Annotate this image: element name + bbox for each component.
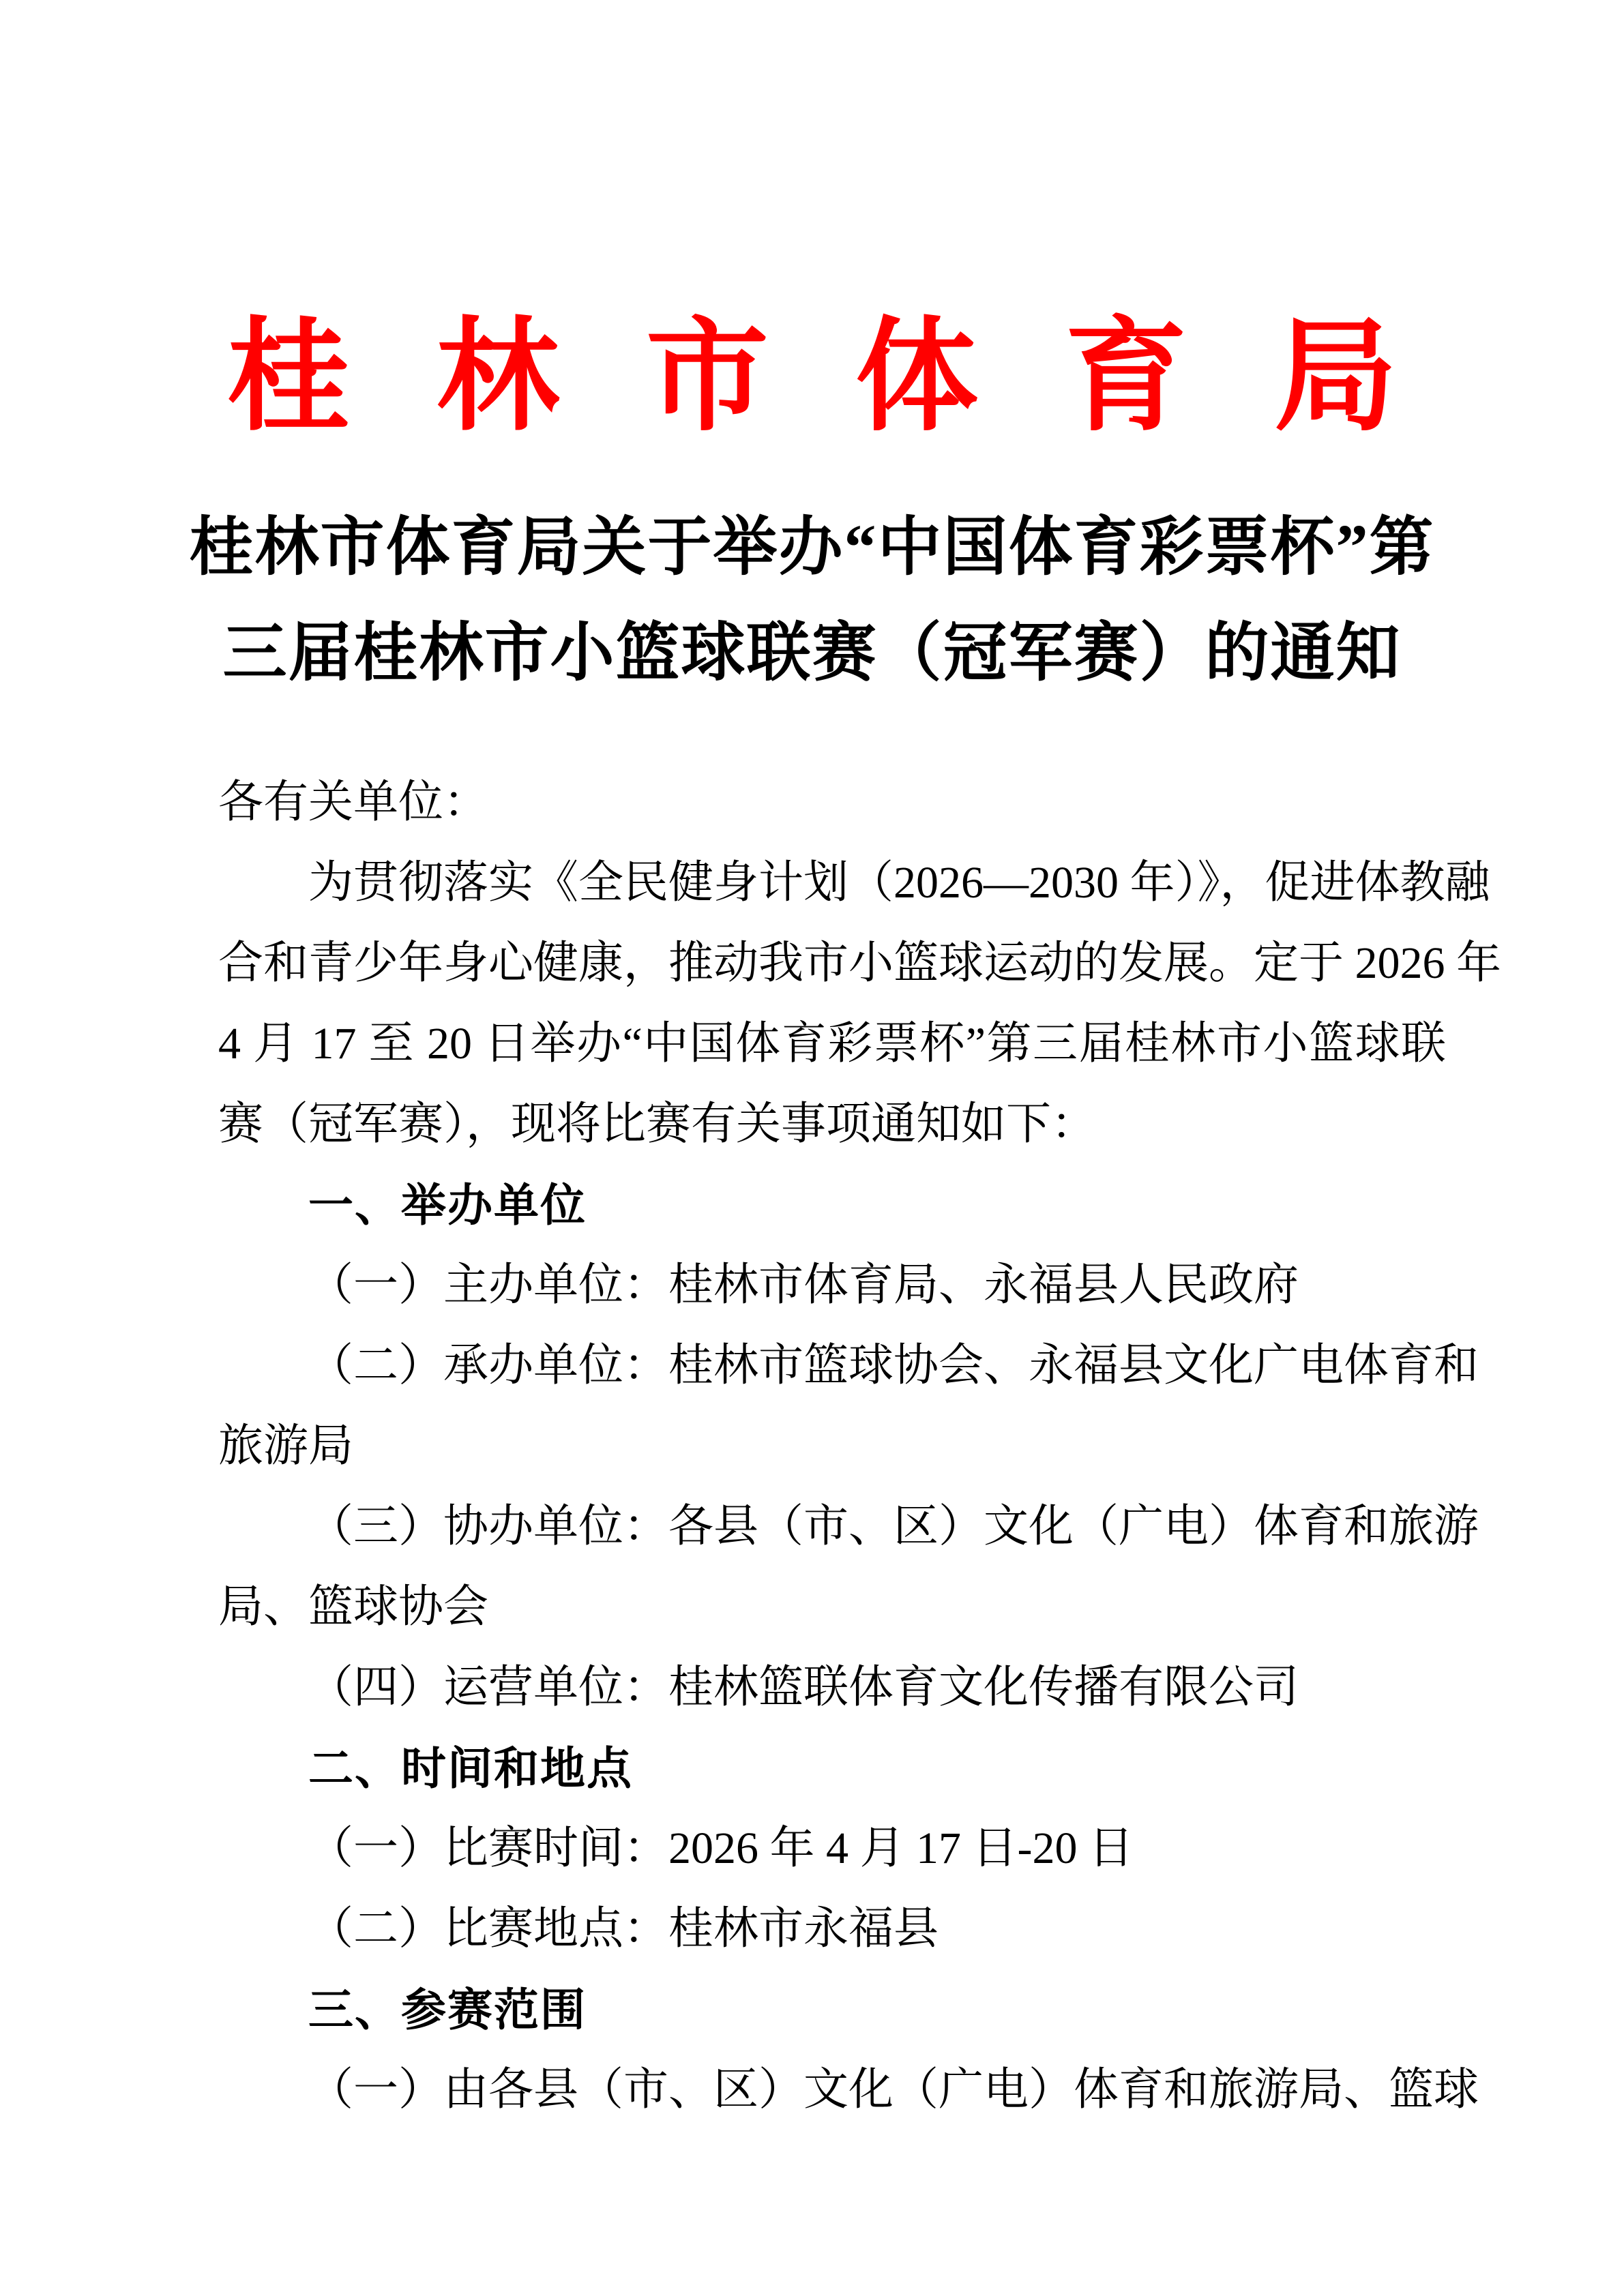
document-body: 各有关单位： 为贯彻落实《全民健身计划（2026—2030 年）》，促进体教融 … [218,762,1446,2130]
document-page: 桂林市体育局 桂林市体育局关于举办“中国体育彩票杯”第 三届桂林市小篮球联赛（冠… [0,0,1624,2296]
body-line: （一）主办单位：桂林市体育局、永福县人民政府 [218,1245,1446,1326]
body-line: 4 月 17 至 20 日举办“中国体育彩票杯”第三届桂林市小篮球联 [218,1004,1446,1084]
body-line: （三）协办单位：各县（市、区）文化（广电）体育和旅游 [218,1487,1446,1567]
body-line: 为贯彻落实《全民健身计划（2026—2030 年）》，促进体教融 [218,843,1446,923]
document-title-line-1: 桂林市体育局关于举办“中国体育彩票杯”第 [61,495,1563,601]
section-heading-3: 三、参赛范围 [218,1969,1446,2050]
body-line-salutation: 各有关单位： [218,762,1446,843]
body-line: 赛（冠军赛），现将比赛有关事项通知如下： [218,1084,1446,1165]
section-heading-2: 二、时间和地点 [218,1728,1446,1808]
body-line: （二）比赛地点：桂林市永福县 [218,1889,1446,1969]
body-line: 局、篮球协会 [218,1567,1446,1648]
section-heading-1: 一、举办单位 [218,1165,1446,1245]
body-line: （一）由各县（市、区）文化（广电）体育和旅游局、篮球 [218,2050,1446,2130]
body-line: （二）承办单位：桂林市篮球协会、永福县文化广电体育和 [218,1326,1446,1406]
body-line: （一）比赛时间：2026 年 4 月 17 日-20 日 [218,1808,1446,1889]
document-title-line-2: 三届桂林市小篮球联赛（冠军赛）的通知 [61,601,1563,706]
body-line: （四）运营单位：桂林篮联体育文化传播有限公司 [218,1648,1446,1728]
body-line: 合和青少年身心健康，推动我市小篮球运动的发展。定于 2026 年 [218,923,1446,1004]
document-title: 桂林市体育局关于举办“中国体育彩票杯”第 三届桂林市小篮球联赛（冠军赛）的通知 [61,495,1563,706]
letterhead-title: 桂林市体育局 [0,303,1624,453]
body-line: 旅游局 [218,1406,1446,1487]
